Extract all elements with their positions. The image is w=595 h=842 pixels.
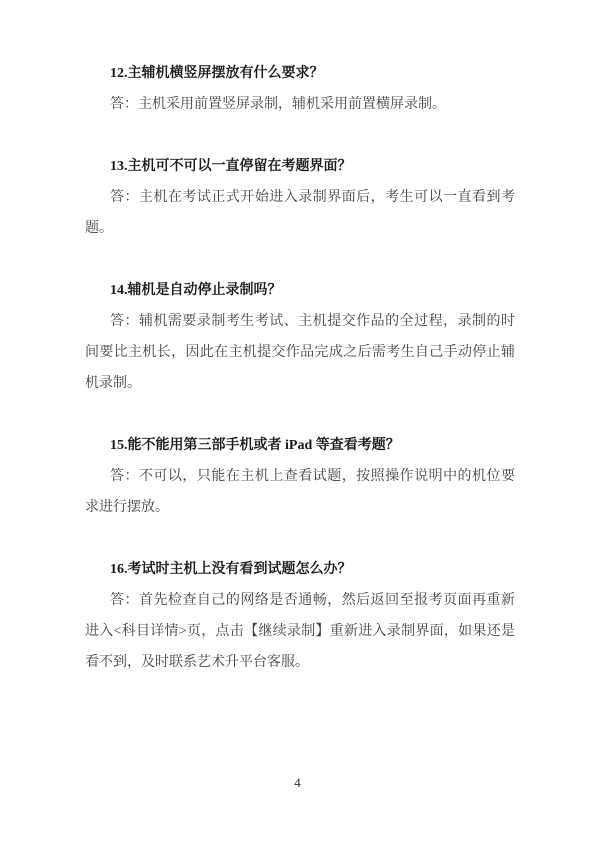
document-page: 12.主辅机横竖屏摆放有什么要求？答：主机采用前置竖屏录制，辅机采用前置横屏录制…: [0, 0, 595, 842]
answer-line: 答：辅机需要录制考生考试、主机提交作品的全过程，录制的时: [85, 306, 515, 337]
faq-section: 13.主机可不可以一直停留在考题界面？答：主机在考试正式开始进入录制界面后，考生…: [85, 151, 515, 244]
answer-paragraph: 答：辅机需要录制考生考试、主机提交作品的全过程，录制的时间要比主机长，因此在主机…: [85, 306, 515, 399]
question-heading: 14.辅机是自动停止录制吗？: [85, 275, 515, 306]
question-heading: 15.能不能用第三部手机或者 iPad 等查看考题？: [85, 430, 515, 461]
answer-line: 答：主机在考试正式开始进入录制界面后，考生可以一直看到考: [85, 182, 515, 213]
page-number: 4: [0, 774, 595, 792]
question-heading: 13.主机可不可以一直停留在考题界面？: [85, 151, 515, 182]
answer-line: 进入<科目详情>页，点击【继续录制】重新进入录制界面，如果还是: [85, 616, 515, 647]
faq-section: 15.能不能用第三部手机或者 iPad 等查看考题？答：不可以，只能在主机上查看…: [85, 430, 515, 523]
answer-line: 间要比主机长，因此在主机提交作品完成之后需考生自己手动停止辅: [85, 337, 515, 368]
answer-line: 答：不可以，只能在主机上查看试题，按照操作说明中的机位要: [85, 461, 515, 492]
answer-line: 机录制。: [85, 368, 515, 399]
faq-section: 16.考试时主机上没有看到试题怎么办？答：首先检查自己的网络是否通畅，然后返回至…: [85, 554, 515, 678]
answer-line: 看不到，及时联系艺术升平台客服。: [85, 647, 515, 678]
faq-section: 14.辅机是自动停止录制吗？答：辅机需要录制考生考试、主机提交作品的全过程，录制…: [85, 275, 515, 399]
answer-line: 求进行摆放。: [85, 492, 515, 523]
answer-line: 答：主机采用前置竖屏录制，辅机采用前置横屏录制。: [85, 89, 515, 120]
answer-paragraph: 答：主机采用前置竖屏录制，辅机采用前置横屏录制。: [85, 89, 515, 120]
answer-paragraph: 答：不可以，只能在主机上查看试题，按照操作说明中的机位要求进行摆放。: [85, 461, 515, 523]
answer-line: 答：首先检查自己的网络是否通畅，然后返回至报考页面再重新: [85, 585, 515, 616]
answer-line: 题。: [85, 213, 515, 244]
faq-section: 12.主辅机横竖屏摆放有什么要求？答：主机采用前置竖屏录制，辅机采用前置横屏录制…: [85, 58, 515, 120]
question-heading: 12.主辅机横竖屏摆放有什么要求？: [85, 58, 515, 89]
answer-paragraph: 答：主机在考试正式开始进入录制界面后，考生可以一直看到考题。: [85, 182, 515, 244]
faq-content: 12.主辅机横竖屏摆放有什么要求？答：主机采用前置竖屏录制，辅机采用前置横屏录制…: [85, 58, 515, 709]
answer-paragraph: 答：首先检查自己的网络是否通畅，然后返回至报考页面再重新进入<科目详情>页，点击…: [85, 585, 515, 678]
question-heading: 16.考试时主机上没有看到试题怎么办？: [85, 554, 515, 585]
